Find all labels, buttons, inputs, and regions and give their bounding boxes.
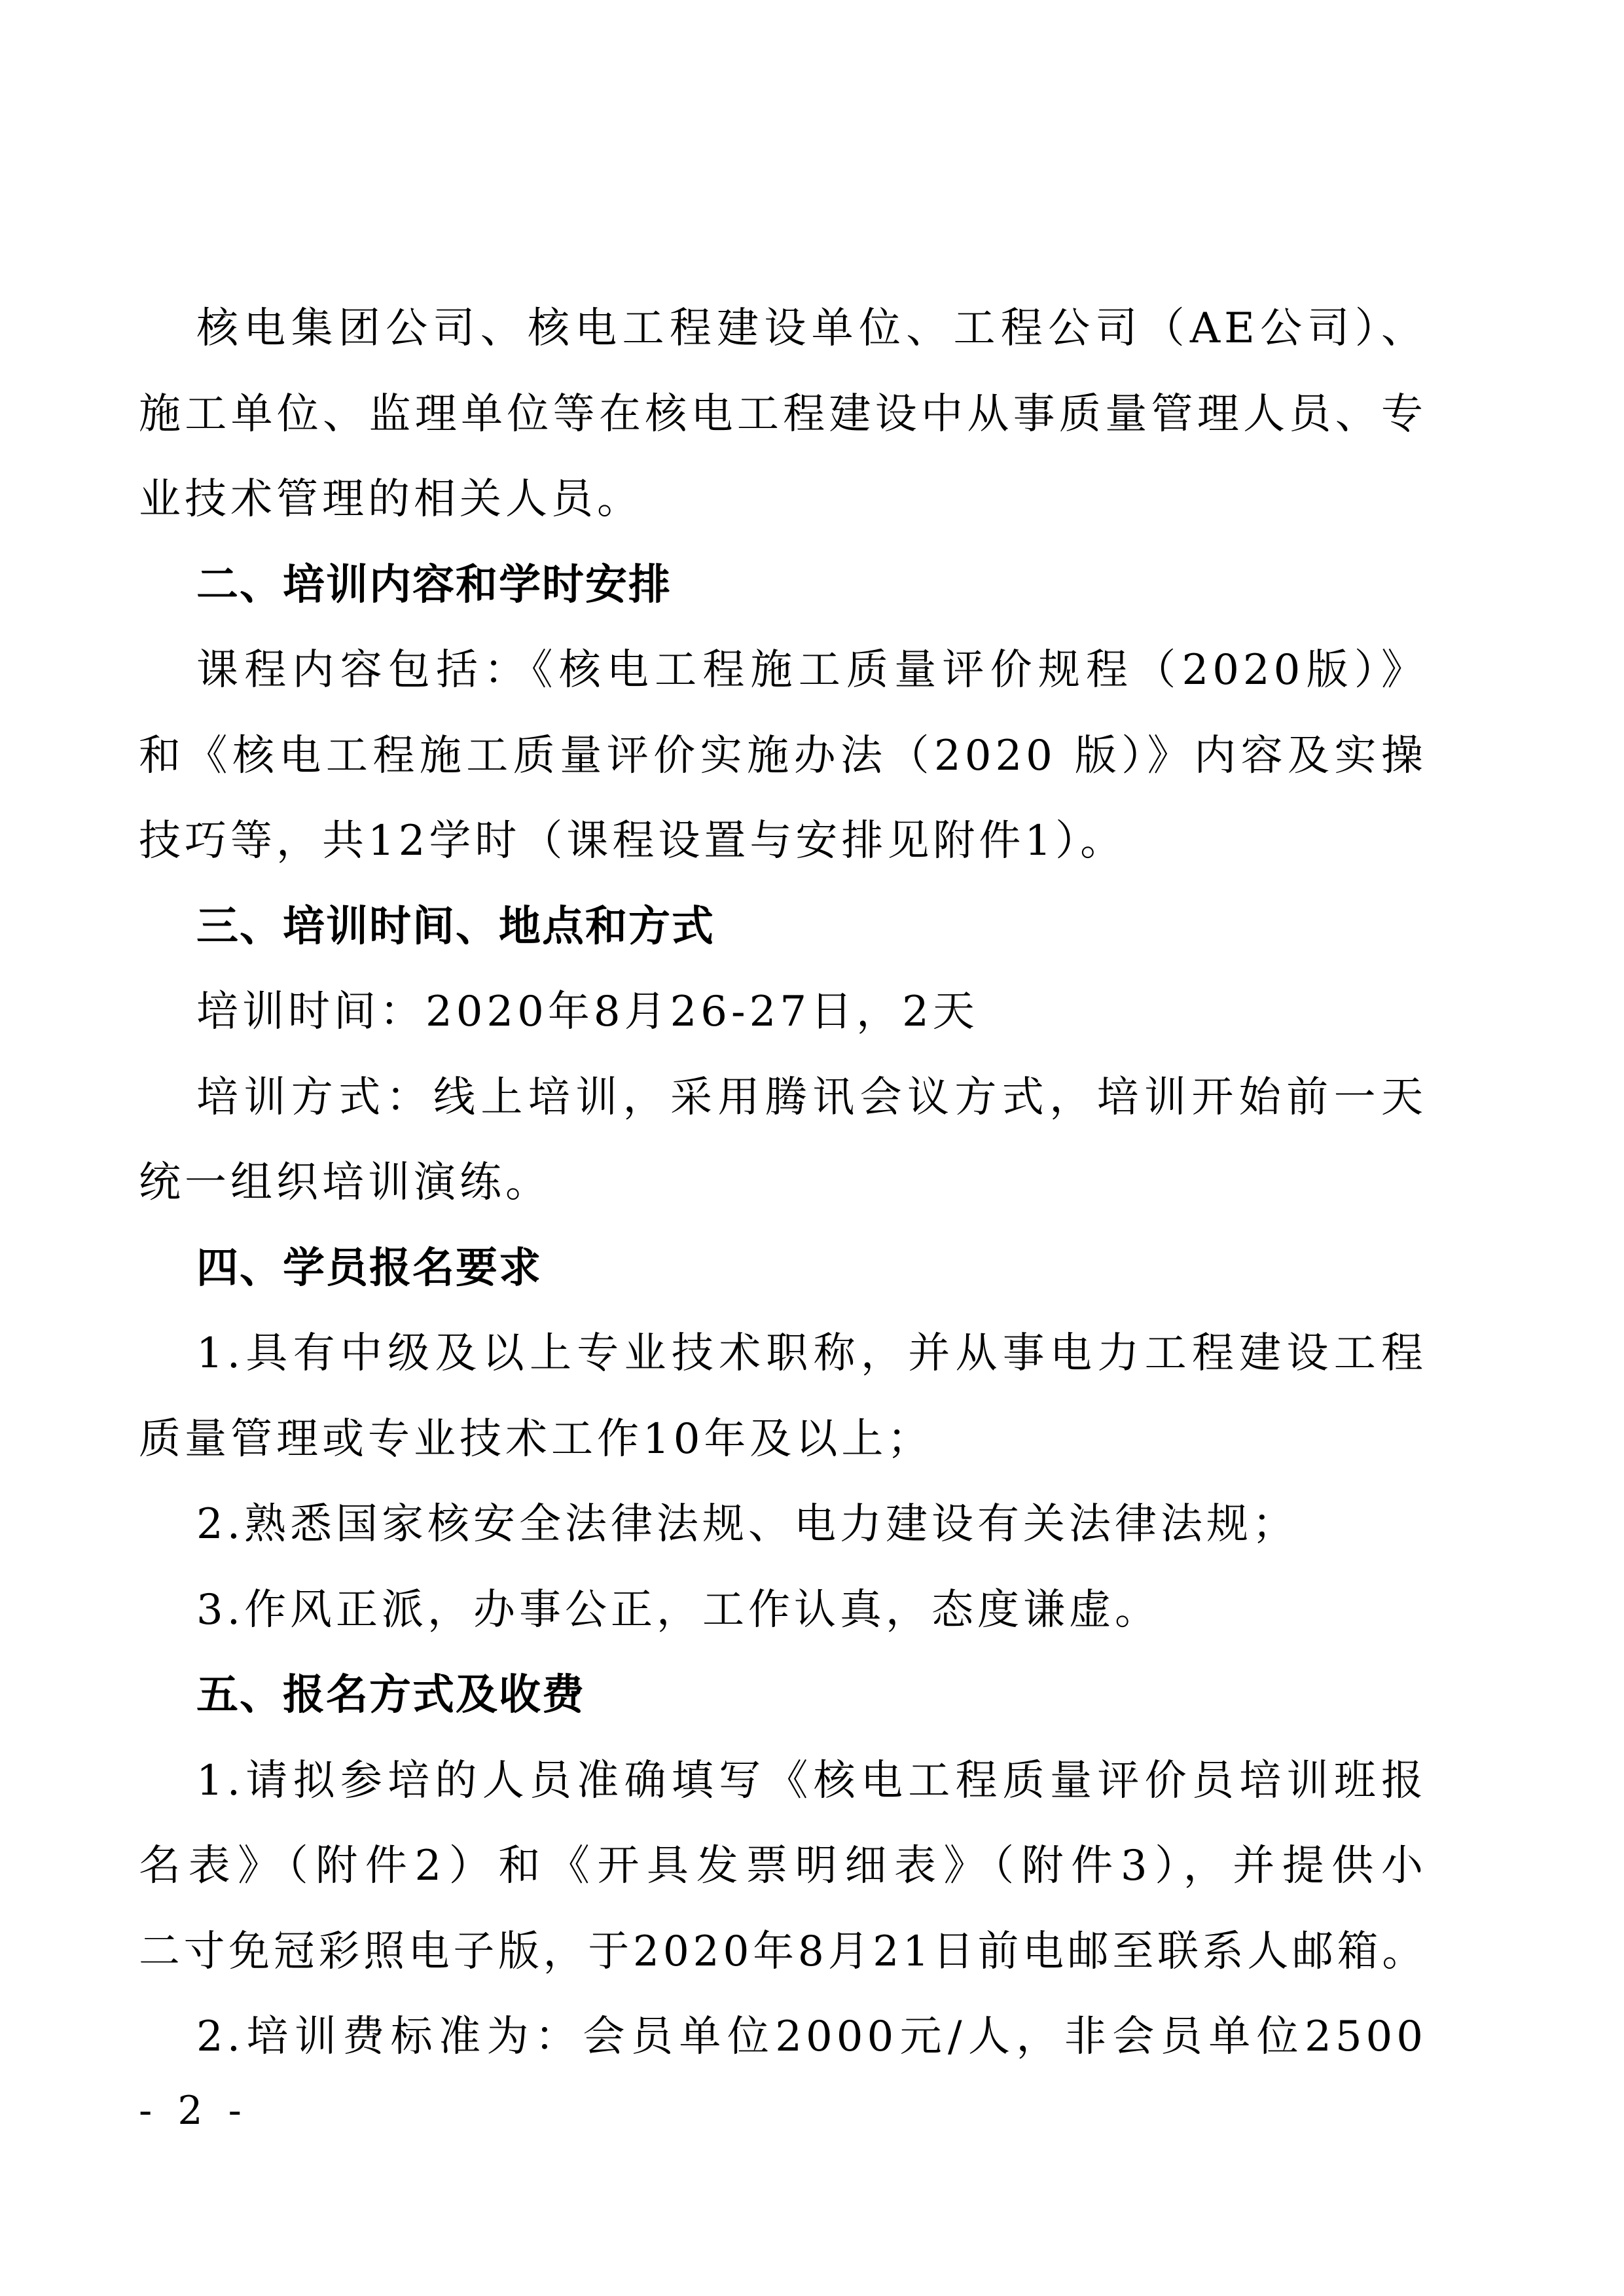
section-2-line-2: 和《核电工程施工质量评价实施办法（2020 版）》内容及实操 bbox=[139, 723, 1427, 789]
requirement-2: 2.熟悉国家核安全法律法规、电力建设有关法律法规； bbox=[196, 1492, 1427, 1557]
requirement-1-line-2: 质量管理或专业技术工作10年及以上； bbox=[139, 1407, 1427, 1472]
section-4-heading: 四、学员报名要求 bbox=[196, 1236, 1427, 1301]
training-method-line-1: 培训方式：线上培训，采用腾讯会议方式，培训开始前一天 bbox=[196, 1065, 1427, 1130]
section-2-line-3: 技巧等，共12学时（课程设置与安排见附件1）。 bbox=[139, 808, 1427, 874]
section-2-heading: 二、培训内容和学时安排 bbox=[196, 552, 1427, 618]
section-5-heading: 五、报名方式及收费 bbox=[196, 1662, 1427, 1728]
document-page: 核电集团公司、核电工程建设单位、工程公司（AE公司）、 施工单位、监理单位等在核… bbox=[0, 0, 1624, 2296]
training-method-line-2: 统一组织培训演练。 bbox=[139, 1150, 1427, 1215]
section-2-line-1: 课程内容包括：《核电工程施工质量评价规程（2020版）》 bbox=[196, 637, 1427, 703]
requirement-3: 3.作风正派，办事公正，工作认真，态度谦虚。 bbox=[196, 1577, 1427, 1643]
registration-1-line-2: 名表》（附件2）和《开具发票明细表》（附件3），并提供小 bbox=[139, 1833, 1427, 1899]
training-time: 培训时间：2020年8月26-27日，2天 bbox=[196, 979, 1427, 1045]
participants-line-2: 施工单位、监理单位等在核电工程建设中从事质量管理人员、专 bbox=[139, 382, 1427, 447]
participants-line-3: 业技术管理的相关人员。 bbox=[139, 467, 1427, 532]
section-3-heading: 三、培训时间、地点和方式 bbox=[196, 894, 1427, 960]
requirement-1-line-1: 1.具有中级及以上专业技术职称，并从事电力工程建设工程 bbox=[196, 1321, 1427, 1386]
page-number: - 2 - bbox=[139, 2085, 248, 2137]
registration-1-line-3: 二寸免冠彩照电子版，于2020年8月21日前电邮至联系人邮箱。 bbox=[139, 1919, 1427, 1984]
registration-1-line-1: 1.请拟参培的人员准确填写《核电工程质量评价员培训班报 bbox=[196, 1748, 1427, 1814]
participants-line-1: 核电集团公司、核电工程建设单位、工程公司（AE公司）、 bbox=[196, 296, 1427, 361]
fee-line-1: 2.培训费标准为：会员单位2000元/人，非会员单位2500 bbox=[196, 2004, 1427, 2070]
